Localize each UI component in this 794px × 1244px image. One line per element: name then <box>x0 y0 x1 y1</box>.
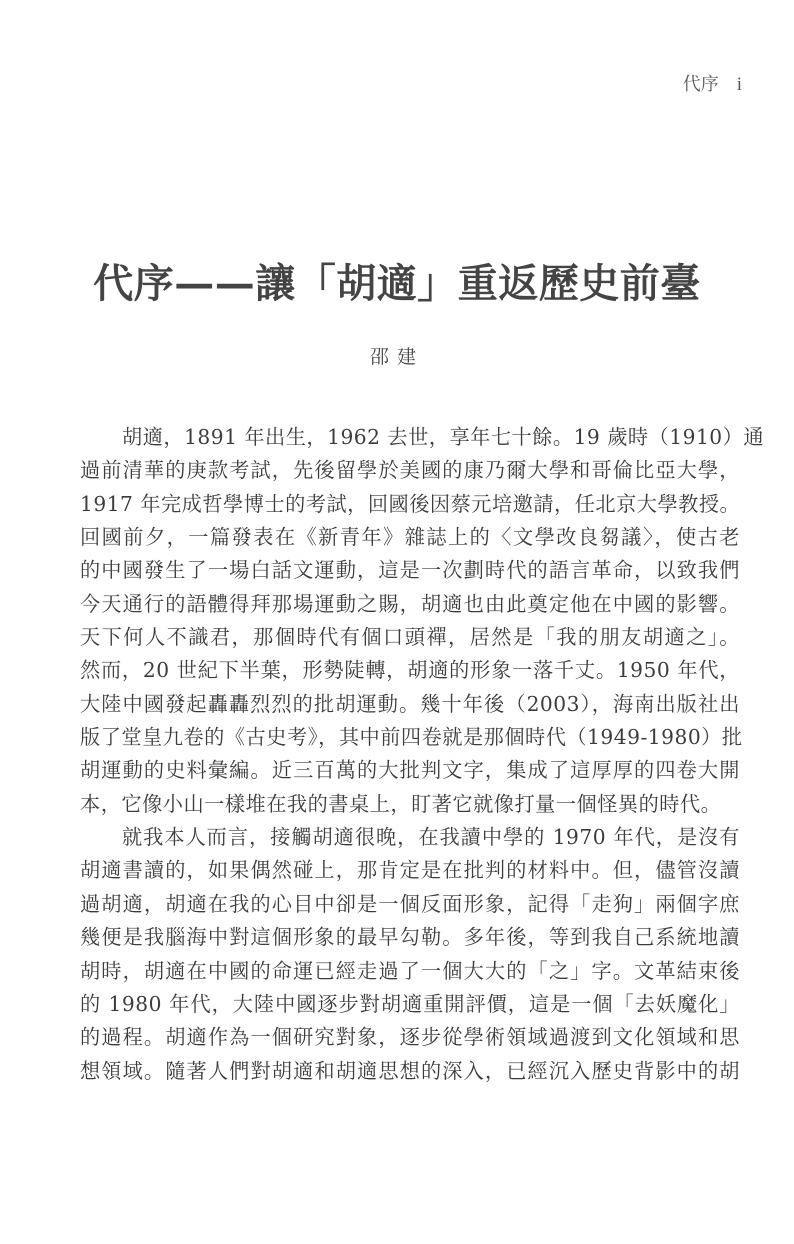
text-line: 今天通行的語體得拜那場運動之賜，胡適也由此奠定他在中國的影響。 <box>80 588 740 621</box>
text-line: 的過程。胡適作為一個研究對象，逐步從學術領域過渡到文化領域和思 <box>80 1021 740 1054</box>
paragraph-2: 就我本人而言，接觸胡適很晚，在我讀中學的 1970 年代，是沒有 胡適書讀的，如… <box>80 821 740 1088</box>
text-line: 1917 年完成哲學博士的考試，回國後因蔡元培邀請，任北京大學教授。 <box>80 488 740 521</box>
text-line: 胡運動的史料彙編。近三百萬的大批判文字，集成了這厚厚的四卷大開 <box>80 754 740 787</box>
text-line: 回國前夕，一篇發表在《新青年》雜誌上的〈文學改良芻議〉，使古老 <box>80 521 740 554</box>
text-line: 本，它像小山一樣堆在我的書桌上，盯著它就像打量一個怪異的時代。 <box>80 788 740 821</box>
text-line: 幾便是我腦海中對這個形象的最早勾勒。多年後，等到我自己系統地讀 <box>80 921 740 954</box>
body-text: 胡適，1891 年出生，1962 去世，享年七十餘。19 歲時（1910）通 過… <box>80 421 740 1088</box>
text-line: 過前清華的庚款考試，先後留學於美國的康乃爾大學和哥倫比亞大學， <box>80 454 740 487</box>
author-name: 邵建 <box>0 342 794 369</box>
text-line: 胡時，胡適在中國的命運已經走過了一個大大的「之」字。文革結束後 <box>80 955 740 988</box>
chapter-title: 代序——讓「胡適」重返歷史前臺 <box>0 252 794 309</box>
running-header: 代序i <box>683 70 742 96</box>
text-line: 過胡適，胡適在我的心目中卻是一個反面形象，記得「走狗」兩個字庶 <box>80 888 740 921</box>
paragraph-1: 胡適，1891 年出生，1962 去世，享年七十餘。19 歲時（1910）通 過… <box>80 421 740 821</box>
page-number: i <box>737 74 742 95</box>
text-line: 就我本人而言，接觸胡適很晚，在我讀中學的 1970 年代，是沒有 <box>80 821 740 854</box>
text-line: 胡適，1891 年出生，1962 去世，享年七十餘。19 歲時（1910）通 <box>80 421 740 454</box>
running-header-section: 代序 <box>683 74 719 95</box>
text-line: 版了堂皇九卷的《古史考》，其中前四卷就是那個時代（1949-1980）批 <box>80 721 740 754</box>
text-line: 大陸中國發起轟轟烈烈的批胡運動。幾十年後（2003），海南出版社出 <box>80 688 740 721</box>
text-line: 的中國發生了一場白話文運動，這是一次劃時代的語言革命，以致我們 <box>80 554 740 587</box>
text-line: 然而，20 世紀下半葉，形勢陡轉，胡適的形象一落千丈。1950 年代， <box>80 654 740 687</box>
text-line: 的 1980 年代，大陸中國逐步對胡適重開評價，這是一個「去妖魔化」 <box>80 988 740 1021</box>
text-line: 胡適書讀的，如果偶然碰上，那肯定是在批判的材料中。但，儘管沒讀 <box>80 854 740 887</box>
text-line: 天下何人不識君，那個時代有個口頭禪，居然是「我的朋友胡適之」。 <box>80 621 740 654</box>
text-line: 想領域。隨著人們對胡適和胡適思想的深入，已經沉入歷史背影中的胡 <box>80 1055 740 1088</box>
